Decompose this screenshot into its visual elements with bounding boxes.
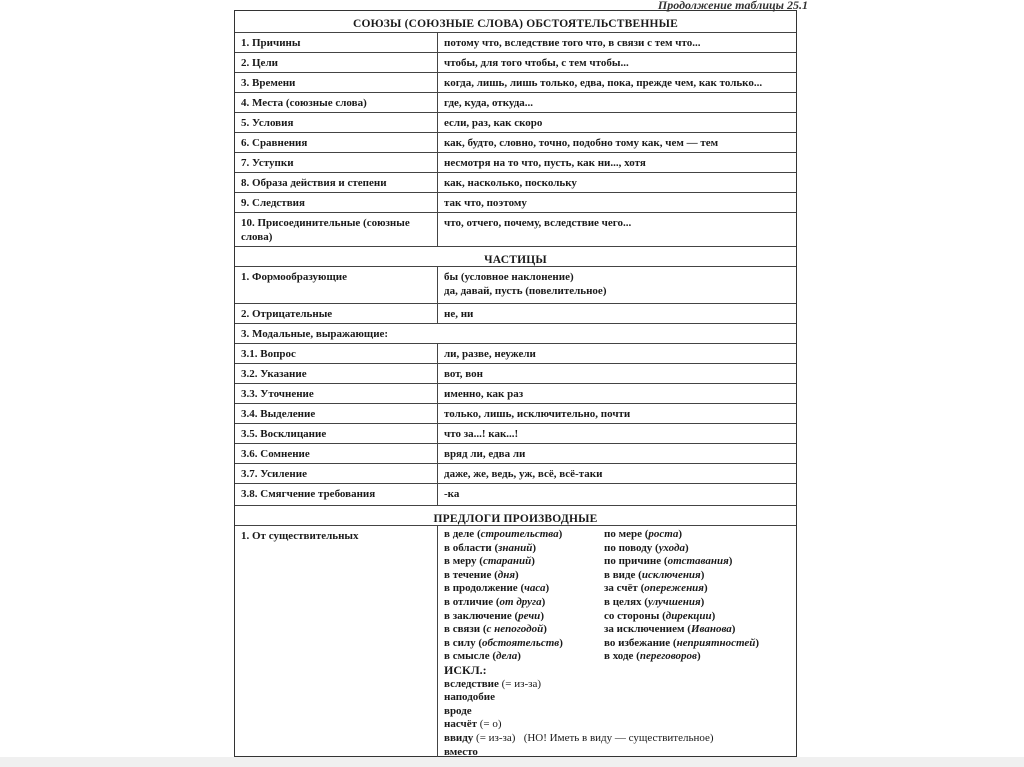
exceptions-label: ИСКЛ.: [444,664,790,678]
exception-word: насчёт [444,718,477,730]
row-value: только, лишь, исключительно, почти [438,404,796,423]
preposition-item: по мере (роста) [604,528,764,542]
table-row: ПРЕДЛОГИ ПРОИЗВОДНЫЕ [235,505,796,525]
table-row: 3. Модальные, выражающие: [235,323,796,343]
modal-heading: 3. Модальные, выражающие: [235,324,796,343]
exception-item: ввиду (= из-за) (НО! Иметь в виду — суще… [444,732,790,746]
row-label: 2. Цели [235,53,438,72]
prepositions-list: в деле (строительства)в области (знаний)… [438,526,796,757]
row-label: 3.5. Восклицание [235,424,438,443]
preposition-example: отставания [668,555,729,567]
preposition-item: в меру (стараний) [444,555,604,569]
row-value: чтобы, для того чтобы, с тем чтобы... [438,53,796,72]
table-row: 1. Формообразующиебы (условное наклонени… [235,266,796,303]
exception-note: (= из-за) [499,678,541,690]
row-label: 2. Отрицательные [235,304,438,323]
row-label: 3.2. Указание [235,364,438,383]
table-row: 4. Места (союзные слова)где, куда, откуд… [235,92,796,112]
table-row: 8. Образа действия и степеникак, насколь… [235,172,796,192]
preposition-item: в ходе (переговоров) [604,650,764,664]
preposition-item: по причине (отставания) [604,555,764,569]
preposition-item: со стороны (дирекции) [604,610,764,624]
table-row: 3.4. Выделениетолько, лишь, исключительн… [235,403,796,423]
row-value: не, ни [438,304,796,323]
preposition-item: за счёт (опережения) [604,582,764,596]
preposition-example: Иванова [691,623,732,635]
row-label: 1. От существительных [235,526,438,757]
row-label: 3.4. Выделение [235,404,438,423]
table-row: 3.5. Восклицаниечто за...! как...! [235,423,796,443]
preposition-item: во избежание (неприятностей) [604,637,764,651]
table-row: 3.1. Вопросли, разве, неужели [235,343,796,363]
row-label: 8. Образа действия и степени [235,173,438,192]
preposition-item: в отличие (от друга) [444,596,604,610]
exception-word: наподобие [444,691,495,703]
row-value: ли, разве, неужели [438,344,796,363]
table-row: 6. Сравнениякак, будто, словно, точно, п… [235,132,796,152]
preposition-example: опережения [644,582,704,594]
preposition-example: часа [524,582,545,594]
table-row: 5. Условияесли, раз, как скоро [235,112,796,132]
exception-word: вследствие [444,678,499,690]
row-value: вряд ли, едва ли [438,444,796,463]
row-value: вот, вон [438,364,796,383]
exception-note: (= из-за) [473,732,515,744]
row-label: 4. Места (союзные слова) [235,93,438,112]
preposition-item: в связи (с непогодой) [444,623,604,637]
grammar-table: СОЮЗЫ (СОЮЗНЫЕ СЛОВА) ОБСТОЯТЕЛЬСТВЕННЫЕ… [234,10,797,757]
prepositions-column-2: по мере (роста)по поводу (ухода)по причи… [604,528,764,664]
preposition-item: за исключением (Иванова) [604,623,764,637]
row-value: так что, поэтому [438,193,796,212]
preposition-example: речи [518,610,540,622]
row-label: 3.8. Смягчение требования [235,484,438,505]
prepositions-column-1: в деле (строительства)в области (знаний)… [444,528,604,664]
exception-item: вследствие (= из-за) [444,678,790,692]
preposition-item: по поводу (ухода) [604,542,764,556]
preposition-item: в продолжение (часа) [444,582,604,596]
preposition-example: от друга [500,596,542,608]
exception-word: вроде [444,705,472,717]
table-row: 1. Причиныпотому что, вследствие того чт… [235,32,796,52]
row-label: 10. Присоединительные (союзные слова) [235,213,438,246]
row-value: как, насколько, поскольку [438,173,796,192]
row-label: 3. Времени [235,73,438,92]
exception-note: (= о) [477,718,502,730]
row-label: 1. Причины [235,33,438,52]
exception-item: наподобие [444,691,790,705]
value-line: бы (условное наклонение) [444,270,790,284]
prepositions-columns: в деле (строительства)в области (знаний)… [444,528,790,664]
section-title-prepositions: ПРЕДЛОГИ ПРОИЗВОДНЫЕ [235,506,796,525]
row-value: -ка [438,484,796,505]
row-value: даже, же, ведь, уж, всё, всё-таки [438,464,796,483]
row-label: 6. Сравнения [235,133,438,152]
preposition-example: знаний [498,542,532,554]
preposition-example: обстоятельств [482,637,559,649]
section-title-conjunctions: СОЮЗЫ (СОЮЗНЫЕ СЛОВА) ОБСТОЯТЕЛЬСТВЕННЫЕ [235,11,796,32]
preposition-example: дирекции [666,610,712,622]
row-value: бы (условное наклонение)да, давай, пусть… [438,267,796,303]
preposition-example: дела [496,650,517,662]
exception-item: насчёт (= о) [444,718,790,732]
table-row: 3.7. Усилениедаже, же, ведь, уж, всё, вс… [235,463,796,483]
row-value: что за...! как...! [438,424,796,443]
preposition-example: улучшения [648,596,701,608]
preposition-item: в течение (дня) [444,569,604,583]
table-row: 1. От существительныхв деле (строительст… [235,525,796,757]
row-label: 3.6. Сомнение [235,444,438,463]
preposition-example: ухода [659,542,685,554]
exception-word: вместо [444,746,478,758]
exception-remark: (НО! Иметь в виду — существительное) [515,732,713,744]
preposition-item: в виде (исключения) [604,569,764,583]
exception-word: ввиду [444,732,473,744]
row-value: именно, как раз [438,384,796,403]
table-row: 9. Следствиятак что, поэтому [235,192,796,212]
row-label: 1. Формообразующие [235,267,438,303]
preposition-example: строительства [481,528,559,540]
table-row: 10. Присоединительные (союзные слова)что… [235,212,796,246]
exceptions: ИСКЛ.:вследствие (= из-за)наподобиевроде… [444,664,790,759]
row-label: 3.7. Усиление [235,464,438,483]
table-row: 3.2. Указаниевот, вон [235,363,796,383]
table-row: 3.3. Уточнениеименно, как раз [235,383,796,403]
row-label: 9. Следствия [235,193,438,212]
preposition-item: в целях (улучшения) [604,596,764,610]
table-row: 3. Временикогда, лишь, лишь только, едва… [235,72,796,92]
row-label: 3.3. Уточнение [235,384,438,403]
preposition-example: стараний [483,555,531,567]
row-value: несмотря на то что, пусть, как ни..., хо… [438,153,796,172]
table-row: 2. Отрицательныене, ни [235,303,796,323]
preposition-example: неприятностей [677,637,756,649]
exception-item: вместо [444,746,790,760]
preposition-item: в области (знаний) [444,542,604,556]
row-value: где, куда, откуда... [438,93,796,112]
preposition-example: роста [648,528,678,540]
table-row: СОЮЗЫ (СОЮЗНЫЕ СЛОВА) ОБСТОЯТЕЛЬСТВЕННЫЕ [235,11,796,32]
preposition-example: исключения [642,569,701,581]
table-row: 3.8. Смягчение требования-ка [235,483,796,505]
preposition-example: дня [498,569,515,581]
exception-item: вроде [444,705,790,719]
table-row: ЧАСТИЦЫ [235,246,796,266]
row-label: 5. Условия [235,113,438,132]
table-row: 3.6. Сомнениевряд ли, едва ли [235,443,796,463]
value-line: да, давай, пусть (повелительное) [444,284,790,298]
row-value: когда, лишь, лишь только, едва, пока, пр… [438,73,796,92]
row-value: потому что, вследствие того что, в связи… [438,33,796,52]
row-value: если, раз, как скоро [438,113,796,132]
row-value: что, отчего, почему, вследствие чего... [438,213,796,246]
row-value: как, будто, словно, точно, подобно тому … [438,133,796,152]
preposition-item: в деле (строительства) [444,528,604,542]
row-label: 7. Уступки [235,153,438,172]
row-label: 3.1. Вопрос [235,344,438,363]
preposition-example: с непогодой [487,623,544,635]
section-title-particles: ЧАСТИЦЫ [235,247,796,266]
preposition-item: в силу (обстоятельств) [444,637,604,651]
preposition-item: в смысле (дела) [444,650,604,664]
table-row: 2. Целичтобы, для того чтобы, с тем чтоб… [235,52,796,72]
table-row: 7. Уступкинесмотря на то что, пусть, как… [235,152,796,172]
preposition-example: переговоров [640,650,697,662]
preposition-item: в заключение (речи) [444,610,604,624]
